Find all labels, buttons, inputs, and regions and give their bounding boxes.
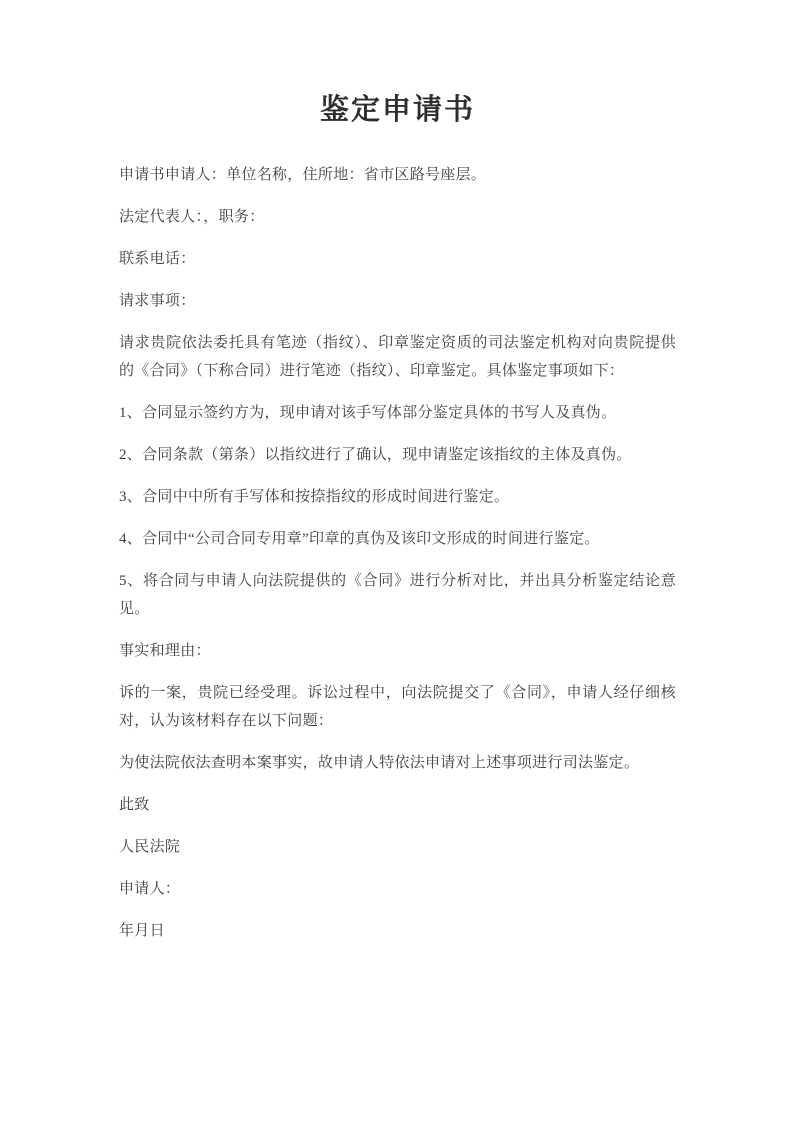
paragraph-contact-phone: 联系电话： [119, 245, 676, 273]
paragraph-purpose: 为使法院依法查明本案事实，故申请人特依法申请对上述事项进行司法鉴定。 [119, 749, 676, 777]
paragraph-case-description: 诉的一案，贵院已经受理。诉讼过程中，向法院提交了《合同》，申请人经仔细核对，认为… [119, 679, 676, 735]
paragraph-request-items-label: 请求事项： [119, 287, 676, 315]
list-item-4: 4、合同中“公司合同专用章”印章的真伪及该印文形成的时间进行鉴定。 [119, 525, 676, 553]
paragraph-request-description: 请求贵院依法委托具有笔迹（指纹）、印章鉴定资质的司法鉴定机构对向贵院提供的《合同… [119, 329, 676, 385]
document-content: 鉴定申请书 申请书申请人：单位名称，住所地：省市区路号座层。 法定代表人：，职务… [0, 0, 793, 945]
paragraph-facts-reasons-label: 事实和理由： [119, 637, 676, 665]
document-page: 鉴定申请书 申请书申请人：单位名称，住所地：省市区路号座层。 法定代表人：，职务… [0, 0, 793, 1122]
paragraph-legal-representative: 法定代表人：，职务： [119, 203, 676, 231]
paragraph-date: 年月日 [119, 917, 676, 945]
list-item-5: 5、将合同与申请人向法院提供的《合同》进行分析对比，并出具分析鉴定结论意见。 [119, 567, 676, 623]
paragraph-salutation: 此致 [119, 791, 676, 819]
document-title: 鉴定申请书 [119, 90, 676, 130]
list-item-2: 2、合同条款（第条）以指纹进行了确认，现申请鉴定该指纹的主体及真伪。 [119, 441, 676, 469]
list-item-1: 1、合同显示签约方为，现申请对该手写体部分鉴定具体的书写人及真伪。 [119, 399, 676, 427]
list-item-3: 3、合同中中所有手写体和按捺指纹的形成时间进行鉴定。 [119, 483, 676, 511]
paragraph-court-name: 人民法院 [119, 833, 676, 861]
paragraph-applicant-signature: 申请人： [119, 875, 676, 903]
paragraph-applicant-info: 申请书申请人：单位名称，住所地：省市区路号座层。 [119, 161, 676, 189]
